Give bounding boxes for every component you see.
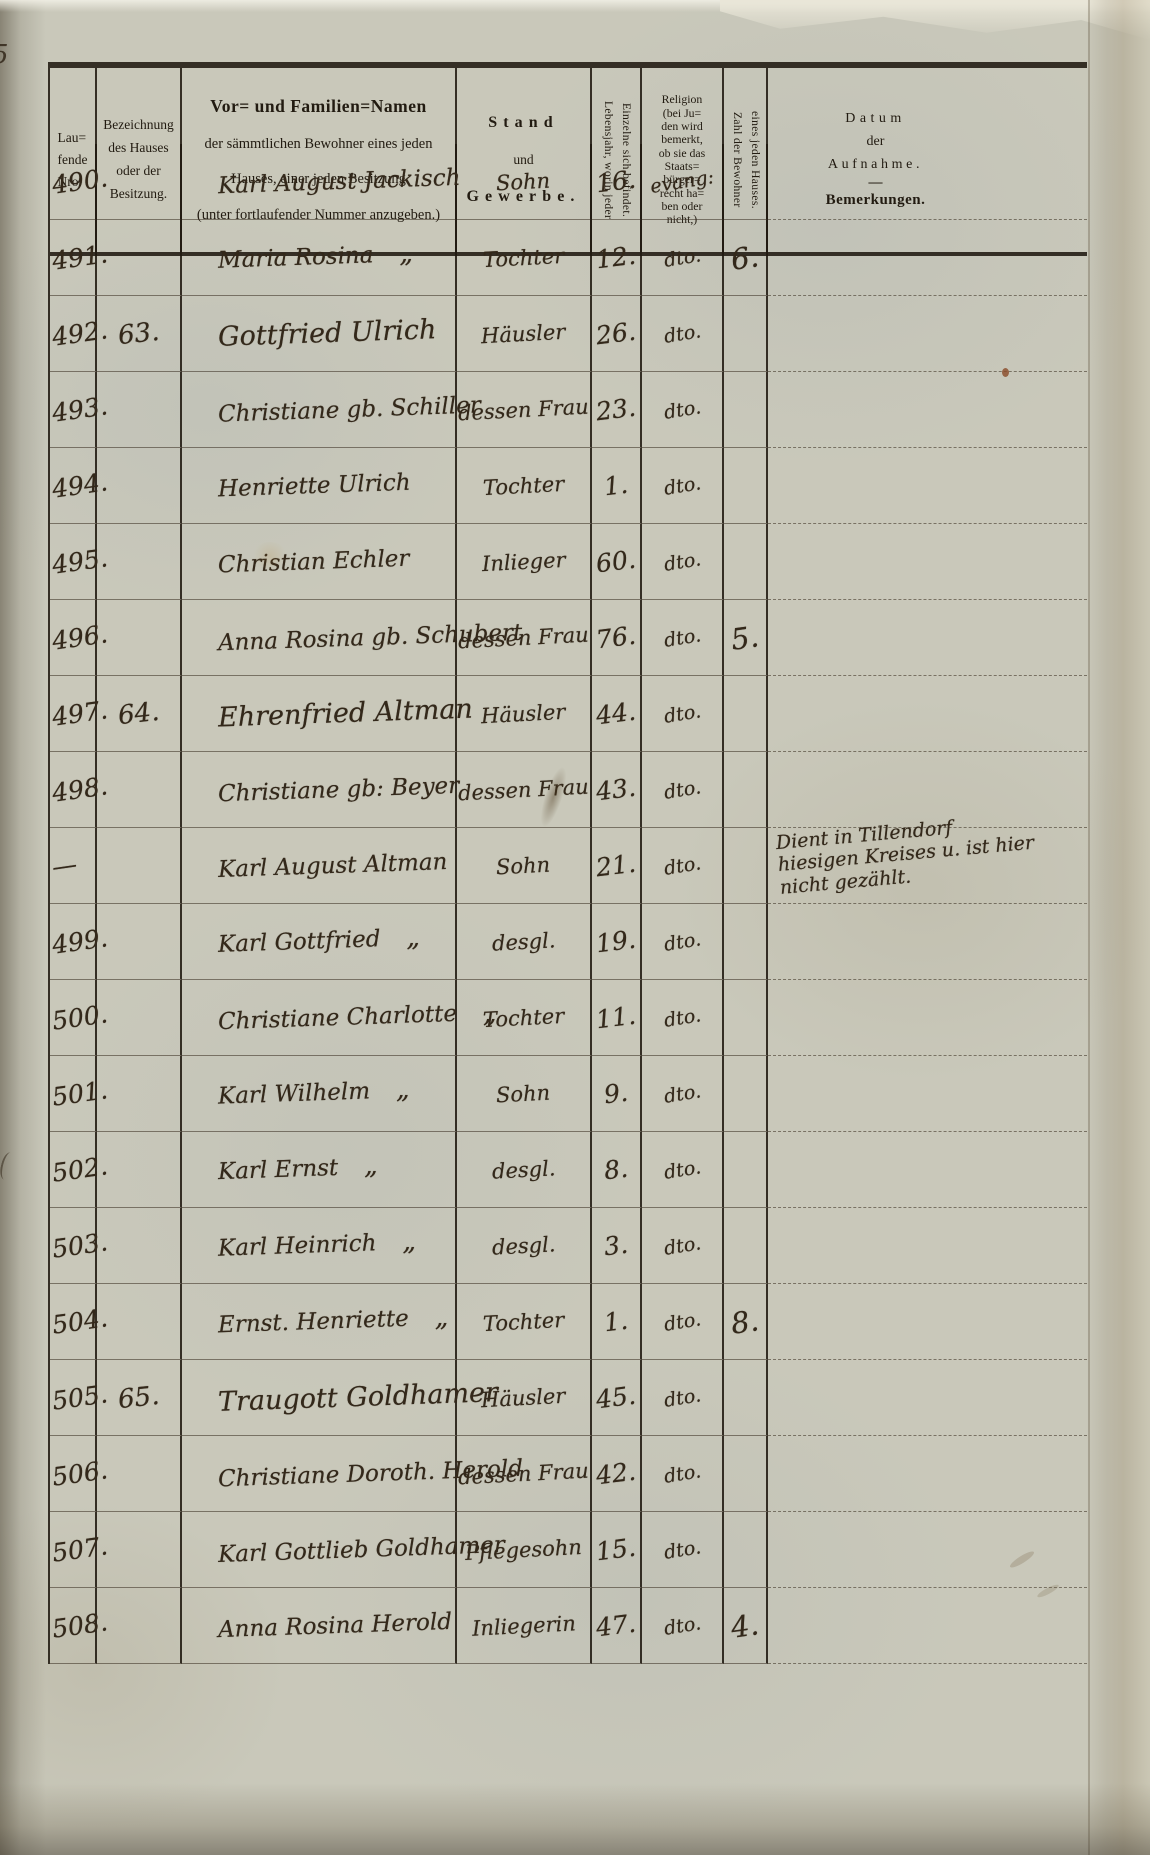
cell-name: Maria Rosina„: [182, 220, 457, 296]
cell-name: Christiane gb: Beyer: [182, 752, 457, 828]
religion-value: dto.: [662, 624, 702, 652]
cell-bemerkungen: [768, 752, 1087, 828]
cell-stand: desgl.: [457, 904, 592, 980]
register-table: Lau= fende Nro. Bezeichnung des Hauses o…: [48, 62, 1087, 1664]
page-bottom-edge: [0, 1783, 1150, 1855]
age-value: 47.: [594, 1609, 637, 1643]
cell-religion: dto.: [642, 524, 724, 600]
cell-stand: Sohn: [457, 144, 592, 220]
cell-name: Anna Rosina gb. Schubert: [182, 600, 457, 676]
cell-lebensjahr: 8.: [592, 1132, 642, 1208]
cell-lebensjahr: 1.: [592, 448, 642, 524]
cell-haus-nro: 63.: [97, 296, 182, 372]
cell-stand: desgl.: [457, 1208, 592, 1284]
religion-value: dto.: [662, 1156, 702, 1184]
cell-zahl: 6.: [724, 220, 768, 296]
age-value: 11.: [594, 1001, 637, 1035]
age-value: 21.: [594, 849, 637, 883]
religion-value: dto.: [662, 320, 702, 348]
cell-lebensjahr: 1.: [592, 1284, 642, 1360]
header-namen-title: Vor= und Familien=Namen: [186, 96, 451, 117]
cell-lebensjahr: 45.: [592, 1360, 642, 1436]
cell-haus-nro: [97, 144, 182, 220]
cell-laufende-nro: 507.: [50, 1512, 97, 1588]
cell-name: Ernst. Henriette„: [182, 1284, 457, 1360]
age-value: 76.: [594, 621, 637, 655]
cell-name: Ehrenfried Altman: [182, 676, 457, 752]
cell-laufende-nro: 490.: [50, 144, 97, 220]
cell-laufende-nro: 491.: [50, 220, 97, 296]
cell-haus-nro: [97, 220, 182, 296]
page-right-edge: [1086, 0, 1150, 1855]
cell-zahl: [724, 1208, 768, 1284]
status-occupation: Sohn: [496, 168, 551, 195]
ditto-mark: „: [406, 923, 419, 953]
cell-stand: Häusler: [457, 296, 592, 372]
person-name: Karl August Jackisch: [218, 164, 461, 198]
religion-value: dto.: [662, 1536, 702, 1564]
cell-haus-nro: [97, 448, 182, 524]
cell-religion: dto.: [642, 1132, 724, 1208]
cell-stand: Tochter: [457, 980, 592, 1056]
cell-haus-nro: [97, 1132, 182, 1208]
cell-zahl: [724, 1436, 768, 1512]
cell-laufende-nro: 503.: [50, 1208, 97, 1284]
age-value: 44.: [594, 697, 637, 731]
cell-bemerkungen: [768, 1512, 1087, 1588]
cell-bemerkungen: [768, 1284, 1087, 1360]
cell-lebensjahr: 3.: [592, 1208, 642, 1284]
religion-value: dto.: [662, 1308, 702, 1336]
cell-zahl: [724, 752, 768, 828]
age-value: 1.: [602, 470, 629, 502]
cell-haus-nro: [97, 1588, 182, 1664]
cell-zahl: [724, 1056, 768, 1132]
cell-haus-nro: [97, 828, 182, 904]
row-number: —: [50, 849, 79, 881]
cell-religion: dto.: [642, 1360, 724, 1436]
cell-laufende-nro: 501.: [50, 1056, 97, 1132]
religion-value: dto.: [662, 548, 702, 576]
cell-zahl: [724, 448, 768, 524]
cell-laufende-nro: 497.: [50, 676, 97, 752]
cell-religion: dto.: [642, 220, 724, 296]
cell-haus-nro: 64.: [97, 676, 182, 752]
cell-laufende-nro: 502.: [50, 1132, 97, 1208]
cell-haus-nro: [97, 904, 182, 980]
cell-stand: dessen Frau: [457, 1436, 592, 1512]
cell-laufende-nro: 499.: [50, 904, 97, 980]
person-name: Karl August Altman: [218, 849, 448, 883]
cell-bemerkungen: [768, 372, 1087, 448]
status-occupation: desgl.: [491, 1232, 556, 1259]
inhabitants-count: 4.: [729, 1607, 761, 1645]
house-number: 63.: [116, 316, 160, 350]
cell-haus-nro: [97, 1512, 182, 1588]
cell-name: Karl Heinrich„: [182, 1208, 457, 1284]
cell-name: Traugott Goldhamer: [182, 1360, 457, 1436]
cell-bemerkungen: [768, 904, 1087, 980]
cell-laufende-nro: —: [50, 828, 97, 904]
cell-zahl: 4.: [724, 1588, 768, 1664]
cell-laufende-nro: 496.: [50, 600, 97, 676]
cell-religion: evang:: [642, 144, 724, 220]
status-occupation: Sohn: [496, 1080, 551, 1107]
cell-religion: dto.: [642, 676, 724, 752]
status-occupation: Pflegesohn: [464, 1534, 582, 1564]
status-occupation: Häusler: [481, 699, 566, 727]
cell-lebensjahr: 47.: [592, 1588, 642, 1664]
age-value: 3.: [602, 1230, 629, 1262]
cell-stand: dessen Frau: [457, 600, 592, 676]
cell-stand: dessen Frau: [457, 372, 592, 448]
cell-stand: Inlieger: [457, 524, 592, 600]
cell-haus-nro: [97, 372, 182, 448]
religion-value: dto.: [662, 1612, 702, 1640]
cell-zahl: [724, 676, 768, 752]
cell-name: Christiane Doroth. Herold: [182, 1436, 457, 1512]
cell-haus-nro: [97, 1284, 182, 1360]
cell-haus-nro: [97, 600, 182, 676]
cell-lebensjahr: 44.: [592, 676, 642, 752]
cell-zahl: [724, 1512, 768, 1588]
torn-top-edge: [720, 0, 1150, 40]
religion-value: dto.: [662, 1460, 702, 1488]
ditto-mark: „: [400, 239, 413, 269]
cell-name: Gottfried Ulrich: [182, 296, 457, 372]
cell-haus-nro: [97, 1436, 182, 1512]
age-value: 8.: [602, 1154, 629, 1186]
header-datum-line1: Datum: [845, 111, 906, 127]
cell-laufende-nro: 506.: [50, 1436, 97, 1512]
cell-stand: Tochter: [457, 448, 592, 524]
religion-value: dto.: [662, 1080, 702, 1108]
age-value: 16.: [594, 165, 637, 199]
religion-value: dto.: [662, 1004, 702, 1032]
cell-lebensjahr: 26.: [592, 296, 642, 372]
cell-name: Karl August Jackisch: [182, 144, 457, 220]
cell-religion: dto.: [642, 1056, 724, 1132]
person-name: Karl Gottfried: [218, 926, 381, 958]
cell-bemerkungen: [768, 524, 1087, 600]
cell-haus-nro: [97, 752, 182, 828]
age-value: 12.: [594, 241, 637, 275]
age-value: 42.: [594, 1457, 637, 1491]
status-occupation: Inliegerin: [471, 1611, 576, 1640]
cell-bemerkungen: [768, 1436, 1087, 1512]
status-occupation: Tochter: [482, 1307, 564, 1335]
cell-religion: dto.: [642, 296, 724, 372]
cell-religion: dto.: [642, 448, 724, 524]
status-occupation: desgl.: [491, 1156, 556, 1183]
cell-zahl: [724, 524, 768, 600]
cell-name: Henriette Ulrich: [182, 448, 457, 524]
religion-value: dto.: [662, 852, 702, 880]
cell-name: Karl Gottlieb Goldhamer: [182, 1512, 457, 1588]
cell-lebensjahr: 15.: [592, 1512, 642, 1588]
cell-bemerkungen: [768, 1360, 1087, 1436]
person-name: Christian Echler: [218, 545, 410, 578]
cell-name: Karl Gottfried„: [182, 904, 457, 980]
religion-value: dto.: [662, 1232, 702, 1260]
age-value: 19.: [594, 925, 637, 959]
person-name: Ehrenfried Altman: [218, 694, 474, 734]
house-number: 65.: [116, 1380, 160, 1414]
cell-zahl: [724, 828, 768, 904]
inhabitants-count: 5.: [729, 619, 761, 657]
cell-laufende-nro: 498.: [50, 752, 97, 828]
status-occupation: Tochter: [482, 243, 564, 271]
cell-lebensjahr: 60.: [592, 524, 642, 600]
cell-stand: Sohn: [457, 828, 592, 904]
cell-laufende-nro: 493.: [50, 372, 97, 448]
cell-zahl: [724, 144, 768, 220]
status-occupation: Häusler: [481, 319, 566, 347]
cell-laufende-nro: 492.: [50, 296, 97, 372]
ditto-mark: „: [396, 1075, 409, 1105]
person-name: Christiane gb. Schiller: [218, 392, 482, 427]
cell-bemerkungen: [768, 220, 1087, 296]
cell-stand: Häusler: [457, 1360, 592, 1436]
person-name: Karl Ernst: [218, 1154, 339, 1184]
cell-lebensjahr: 23.: [592, 372, 642, 448]
cell-stand: Sohn: [457, 1056, 592, 1132]
cell-laufende-nro: 504.: [50, 1284, 97, 1360]
person-name: Christiane Charlotte: [218, 1000, 458, 1034]
cell-lebensjahr: 12.: [592, 220, 642, 296]
ditto-mark: „: [435, 1303, 448, 1333]
cell-zahl: [724, 296, 768, 372]
inhabitants-count: 6.: [729, 239, 761, 277]
cell-lebensjahr: 76.: [592, 600, 642, 676]
cell-bemerkungen: [768, 144, 1087, 220]
status-occupation: dessen Frau: [458, 394, 590, 425]
page-edge-crease: [1088, 0, 1090, 1855]
cell-religion: dto.: [642, 752, 724, 828]
age-value: 60.: [594, 545, 637, 579]
book-spine-shadow: [0, 0, 46, 1855]
cell-bemerkungen: [768, 448, 1087, 524]
cell-bemerkungen: [768, 676, 1087, 752]
cell-zahl: [724, 372, 768, 448]
person-name: Ernst. Henriette: [218, 1305, 410, 1338]
header-stand-line1: Stand: [467, 114, 581, 132]
cell-name: Christiane Charlotte„: [182, 980, 457, 1056]
person-name: Gottfried Ulrich: [218, 314, 437, 353]
status-occupation: desgl.: [491, 928, 556, 955]
person-name: Henriette Ulrich: [218, 469, 411, 502]
cell-religion: dto.: [642, 828, 724, 904]
cell-religion: dto.: [642, 980, 724, 1056]
age-value: 9.: [602, 1078, 629, 1110]
cell-stand: dessen Frau: [457, 752, 592, 828]
age-value: 1.: [602, 1306, 629, 1338]
status-occupation: Tochter: [482, 1003, 564, 1031]
cell-zahl: [724, 980, 768, 1056]
cell-religion: dto.: [642, 1588, 724, 1664]
cell-zahl: 8.: [724, 1284, 768, 1360]
cell-stand: Häusler: [457, 676, 592, 752]
cell-bemerkungen: [768, 1208, 1087, 1284]
religion-value: dto.: [662, 1384, 702, 1412]
cell-lebensjahr: 42.: [592, 1436, 642, 1512]
religion-value: dto.: [662, 472, 702, 500]
cell-religion: dto.: [642, 600, 724, 676]
ditto-mark: „: [402, 1227, 415, 1257]
cell-religion: dto.: [642, 1512, 724, 1588]
status-occupation: dessen Frau: [458, 1458, 590, 1489]
cell-name: Christian Echler: [182, 524, 457, 600]
cell-name: Anna Rosina Herold: [182, 1588, 457, 1664]
cell-name: Karl Ernst„: [182, 1132, 457, 1208]
age-value: 15.: [594, 1533, 637, 1567]
ditto-mark: „: [364, 1151, 377, 1181]
cell-laufende-nro: 495.: [50, 524, 97, 600]
person-name: Christiane gb: Beyer: [218, 772, 460, 806]
cell-stand: Tochter: [457, 220, 592, 296]
cell-bemerkungen: [768, 1132, 1087, 1208]
cell-religion: dto.: [642, 904, 724, 980]
cell-bemerkungen: [768, 1056, 1087, 1132]
age-value: 26.: [594, 317, 637, 351]
cell-lebensjahr: 11.: [592, 980, 642, 1056]
cell-lebensjahr: 16.: [592, 144, 642, 220]
religion-value: dto.: [662, 396, 702, 424]
cell-lebensjahr: 43.: [592, 752, 642, 828]
cell-laufende-nro: 494.: [50, 448, 97, 524]
cell-lebensjahr: 19.: [592, 904, 642, 980]
person-name: Anna Rosina Herold: [218, 1608, 453, 1642]
person-name: Karl Wilhelm: [218, 1078, 371, 1109]
cell-haus-nro: [97, 1208, 182, 1284]
religion-value: dto.: [662, 700, 702, 728]
status-occupation: dessen Frau: [458, 774, 590, 805]
status-occupation: Tochter: [482, 471, 564, 499]
cell-bemerkungen: [768, 600, 1087, 676]
cell-religion: dto.: [642, 1436, 724, 1512]
cell-name: Christiane gb. Schiller: [182, 372, 457, 448]
cell-lebensjahr: 21.: [592, 828, 642, 904]
cell-stand: desgl.: [457, 1132, 592, 1208]
age-value: 43.: [594, 773, 637, 807]
religion-value: dto.: [662, 244, 702, 272]
cell-name: Karl August Altman: [182, 828, 457, 904]
cell-haus-nro: 65.: [97, 1360, 182, 1436]
cell-bemerkungen: [768, 1588, 1087, 1664]
status-occupation: dessen Frau: [458, 622, 590, 653]
register-page-scan: Lau= fende Nro. Bezeichnung des Hauses o…: [0, 0, 1150, 1855]
cell-zahl: 5.: [724, 600, 768, 676]
religion-value: dto.: [662, 776, 702, 804]
cell-bemerkungen: [768, 296, 1087, 372]
cell-laufende-nro: 508.: [50, 1588, 97, 1664]
stray-pen-stroke: [0, 1151, 17, 1181]
cell-zahl: [724, 1132, 768, 1208]
cell-laufende-nro: 500.: [50, 980, 97, 1056]
house-number: 64.: [116, 696, 160, 730]
cell-religion: dto.: [642, 372, 724, 448]
cell-bemerkungen: Dient in Tillendorf hiesigen Kreises u. …: [768, 828, 1087, 904]
status-occupation: Inlieger: [481, 547, 566, 575]
cell-stand: Inliegerin: [457, 1588, 592, 1664]
age-value: 45.: [594, 1381, 637, 1415]
cell-laufende-nro: 505.: [50, 1360, 97, 1436]
margin-number-fragment: 5: [0, 40, 9, 70]
cell-zahl: [724, 1360, 768, 1436]
cell-zahl: [724, 904, 768, 980]
person-name: Maria Rosina: [218, 242, 374, 273]
age-value: 23.: [594, 393, 637, 427]
cell-haus-nro: [97, 1056, 182, 1132]
inhabitants-count: 8.: [729, 1303, 761, 1341]
cell-stand: Tochter: [457, 1284, 592, 1360]
cell-name: Karl Wilhelm„: [182, 1056, 457, 1132]
person-name: Karl Heinrich: [218, 1230, 377, 1262]
status-occupation: Sohn: [496, 852, 551, 879]
cell-haus-nro: [97, 524, 182, 600]
cell-lebensjahr: 9.: [592, 1056, 642, 1132]
cell-stand: Pflegesohn: [457, 1512, 592, 1588]
religion-value: evang:: [649, 166, 716, 198]
cell-bemerkungen: [768, 980, 1087, 1056]
cell-religion: dto.: [642, 1284, 724, 1360]
status-occupation: Häusler: [481, 1383, 566, 1411]
page-top-edge: [0, 0, 1150, 12]
cell-religion: dto.: [642, 1208, 724, 1284]
cell-haus-nro: [97, 980, 182, 1056]
religion-value: dto.: [662, 928, 702, 956]
